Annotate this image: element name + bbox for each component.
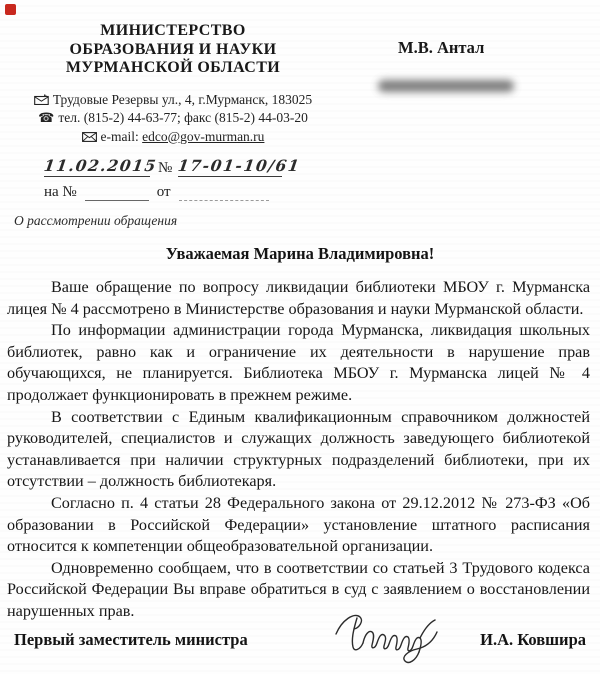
signature-row: Первый заместитель министра И.А. Ковшира bbox=[14, 630, 586, 650]
ministry-name-line-3: МУРМАНСКОЙ ОБЛАСТИ bbox=[12, 59, 334, 78]
red-corner-marker bbox=[5, 4, 16, 15]
email-label: e-mail: bbox=[101, 129, 139, 144]
letterhead: МИНИСТЕРСТВО ОБРАЗОВАНИЯ И НАУКИ МУРМАНС… bbox=[12, 22, 334, 146]
postal-envelope-icon bbox=[34, 92, 49, 110]
signer-name: И.А. Ковшира bbox=[480, 630, 586, 650]
recipient-name: М.В. Антал bbox=[398, 38, 484, 58]
email-address: edco@gov-murman.ru bbox=[142, 129, 264, 144]
postal-address-line: Трудовые Резервы ул., 4, г.Мурманск, 183… bbox=[12, 91, 334, 110]
reply-date-blank bbox=[179, 200, 269, 201]
postal-address-text: Трудовые Резервы ул., 4, г.Мурманск, 183… bbox=[53, 92, 312, 107]
contact-block: Трудовые Резервы ул., 4, г.Мурманск, 183… bbox=[12, 91, 334, 147]
incoming-reference-row: на № от bbox=[44, 184, 324, 201]
reply-number-blank bbox=[85, 200, 149, 201]
handwritten-number: 17-01-10/61 bbox=[177, 156, 302, 175]
subject-line: О рассмотрении обращения bbox=[14, 213, 177, 229]
letter-body: Ваше обращение по вопросу ликвидации биб… bbox=[7, 277, 590, 623]
number-sign: № bbox=[158, 160, 172, 177]
scanned-letter-page: МИНИСТЕРСТВО ОБРАЗОВАНИЯ И НАУКИ МУРМАНС… bbox=[0, 0, 600, 674]
paragraph-1: Ваше обращение по вопросу ликвидации биб… bbox=[7, 277, 590, 320]
phone-text: тел. (815-2) 44-63-77; факс (815-2) 44-0… bbox=[58, 110, 308, 125]
handwritten-signature bbox=[330, 608, 450, 666]
ministry-name-line-2: ОБРАЗОВАНИЯ И НАУКИ bbox=[12, 41, 334, 60]
redacted-blurred-text bbox=[378, 80, 514, 92]
ministry-name: МИНИСТЕРСТВО ОБРАЗОВАНИЯ И НАУКИ МУРМАНС… bbox=[12, 22, 334, 78]
phone-line: ☎тел. (815-2) 44-63-77; факс (815-2) 44-… bbox=[12, 109, 334, 128]
outgoing-reference-row: 11.02.2015 № 17-01-10/61 bbox=[44, 156, 324, 177]
salutation: Уважаемая Марина Владимировна! bbox=[0, 244, 600, 264]
paragraph-2: По информации администрации города Мурма… bbox=[7, 320, 590, 406]
email-line: e-mail: edco@gov-murman.ru bbox=[12, 128, 334, 147]
outgoing-number-field: 17-01-10/61 bbox=[178, 156, 282, 177]
paragraph-5: Одновременно сообщаем, что в соответстви… bbox=[7, 558, 590, 623]
date-field: 11.02.2015 bbox=[44, 156, 150, 177]
telephone-icon: ☎ bbox=[38, 110, 54, 128]
paragraph-4: Согласно п. 4 статьи 28 Федерального зак… bbox=[7, 493, 590, 558]
reply-date-label: от bbox=[157, 184, 171, 201]
handwritten-date: 11.02.2015 bbox=[43, 156, 159, 175]
paragraph-3: В соответствии с Единым квалификационным… bbox=[7, 407, 590, 493]
reference-block: 11.02.2015 № 17-01-10/61 на № от bbox=[44, 156, 324, 201]
reply-number-label: на № bbox=[44, 184, 77, 201]
ministry-name-line-1: МИНИСТЕРСТВО bbox=[12, 22, 334, 41]
email-envelope-icon bbox=[82, 129, 97, 147]
signer-position: Первый заместитель министра bbox=[14, 630, 248, 650]
